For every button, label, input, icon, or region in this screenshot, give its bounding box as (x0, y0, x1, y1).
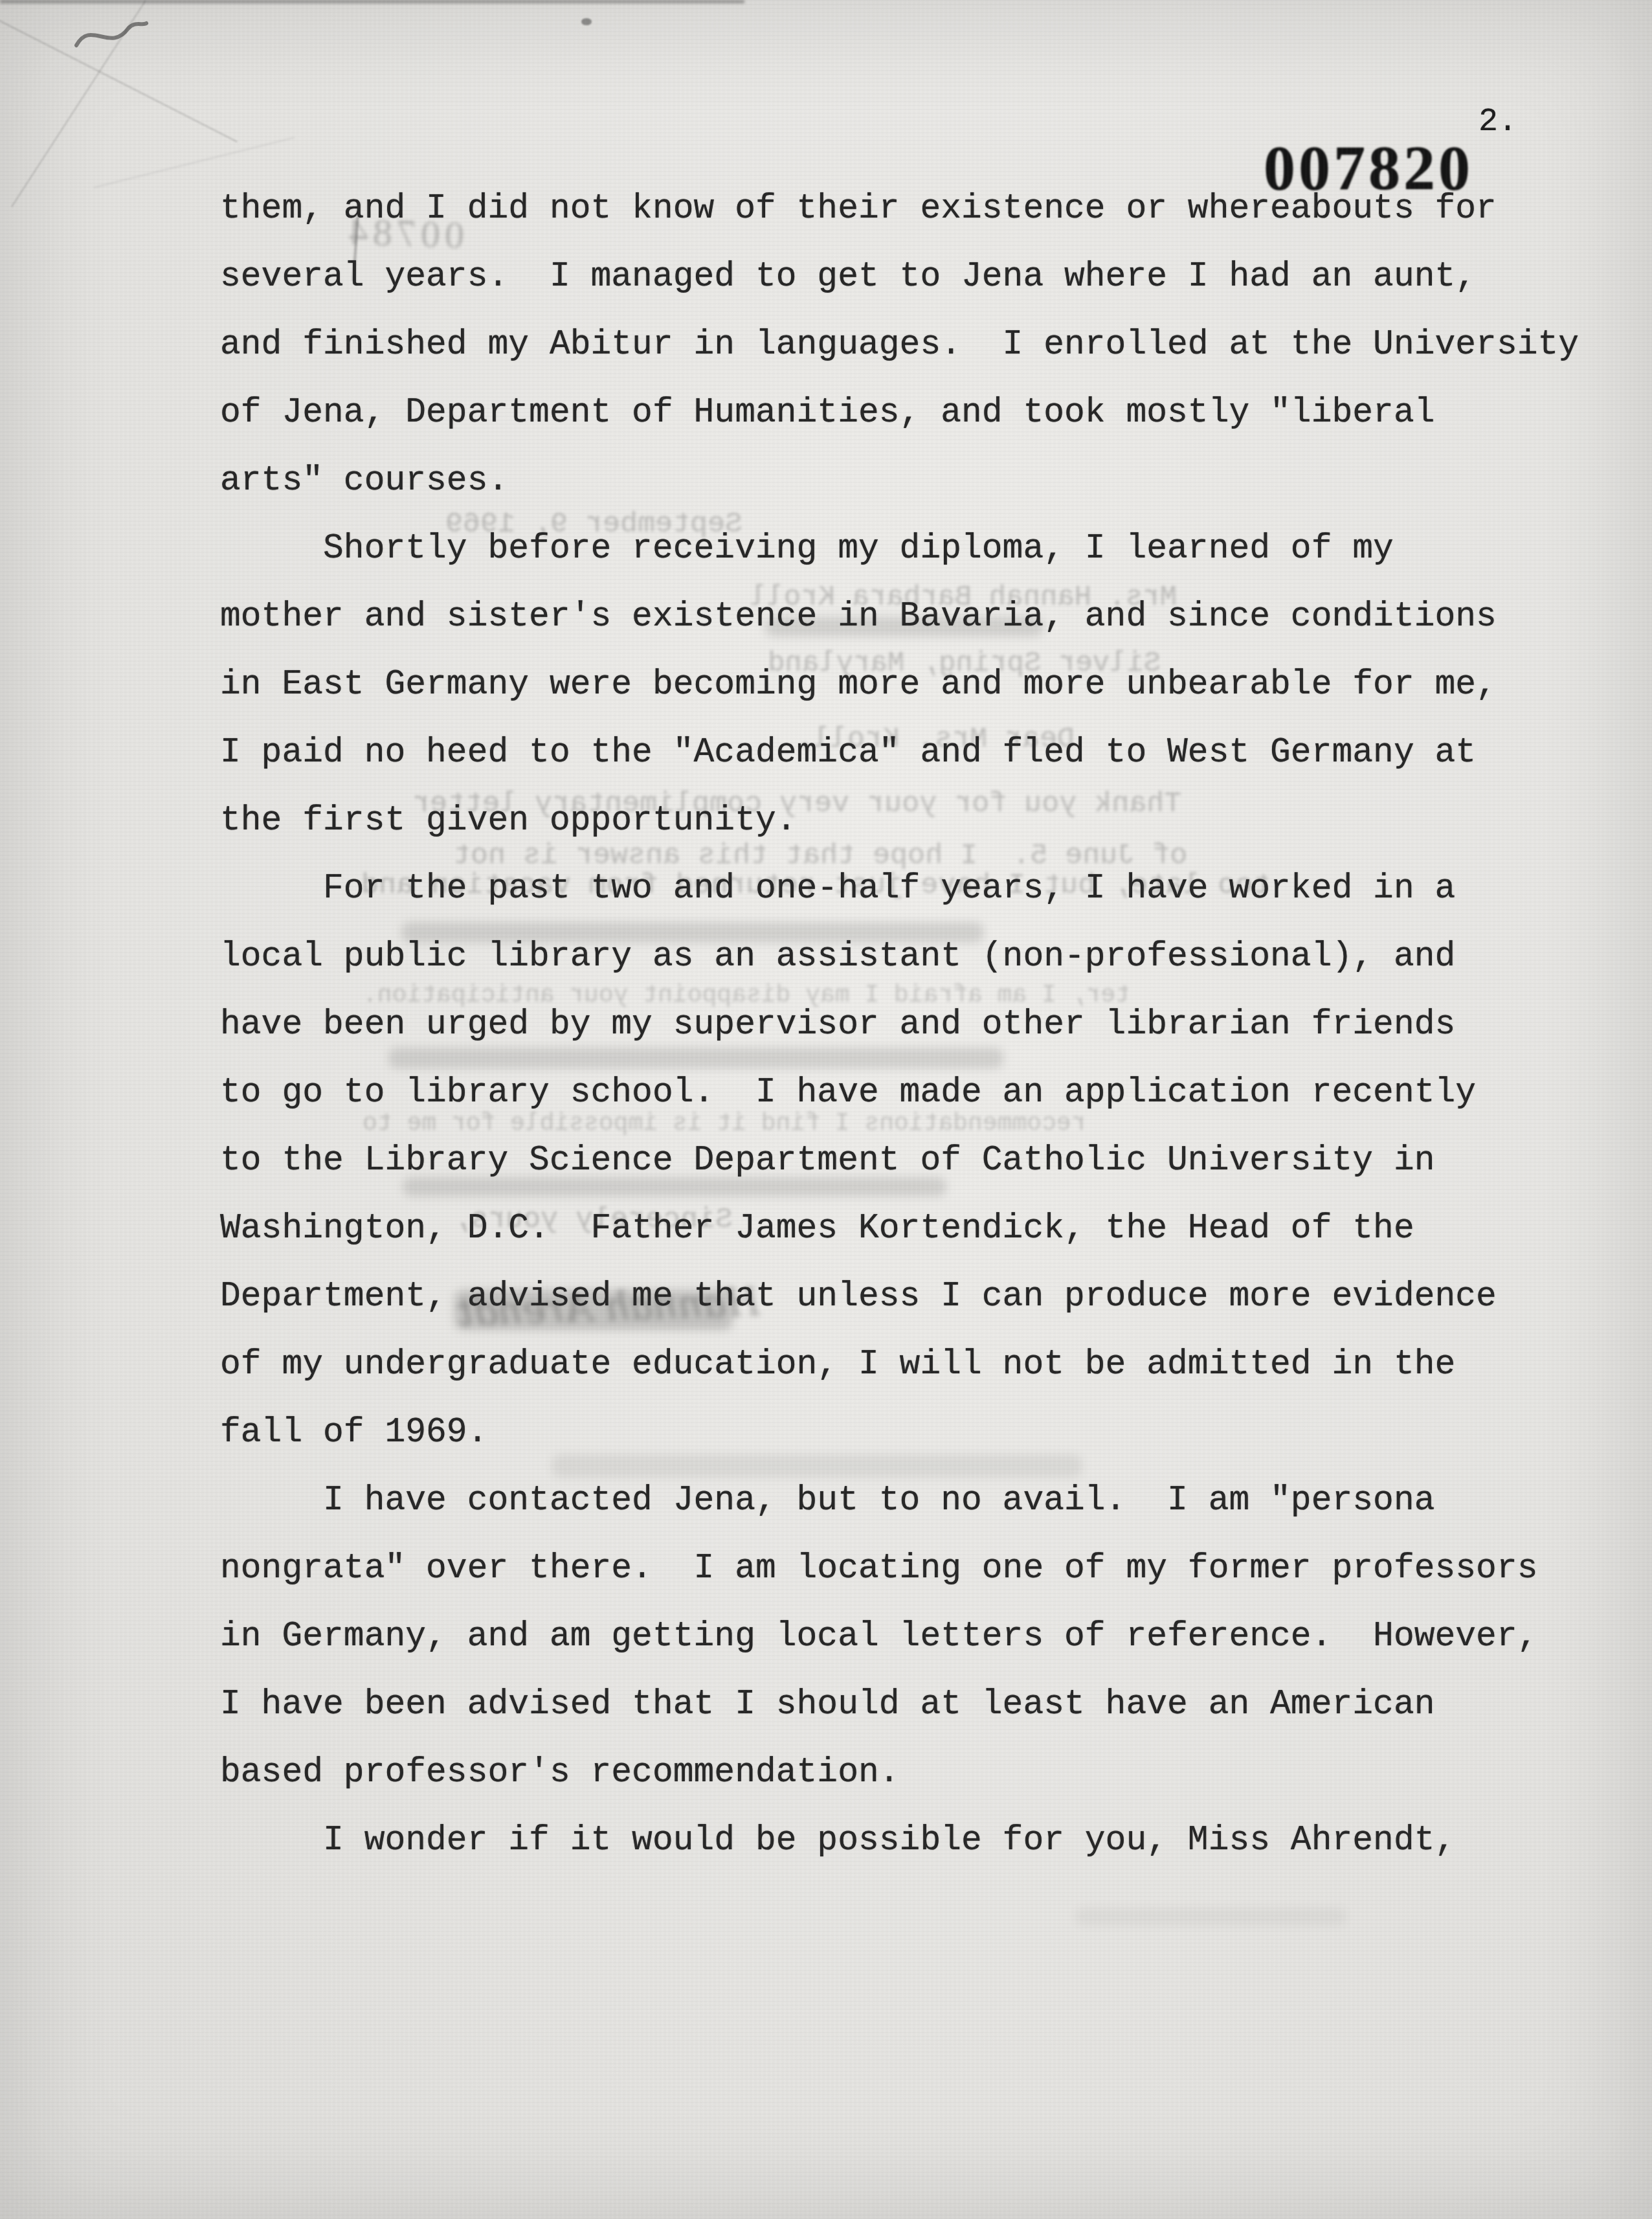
letter-line: arts" courses. (220, 447, 1605, 515)
letter-line: the first given opportunity. (220, 787, 1605, 855)
letter-line: fall of 1969. (220, 1399, 1605, 1467)
letter-line: to the Library Science Department of Cat… (220, 1127, 1605, 1195)
ink-speck (581, 18, 592, 25)
letter-line: of Jena, Department of Humanities, and t… (220, 379, 1605, 447)
letter-line: mother and sister's existence in Bavaria… (220, 583, 1605, 651)
letter-line: have been urged by my supervisor and oth… (220, 991, 1605, 1059)
letter-line: I have been advised that I should at lea… (220, 1671, 1605, 1739)
letter-line: I have contacted Jena, but to no avail. … (220, 1467, 1605, 1535)
letter-line: I wonder if it would be possible for you… (220, 1807, 1605, 1875)
letter-line: based professor's recommendation. (220, 1739, 1605, 1807)
letter-line: in Germany, and am getting local letters… (220, 1603, 1605, 1671)
letter-line: in East Germany were becoming more and m… (220, 651, 1605, 719)
letter-line: Washington, D.C. Father James Kortendick… (220, 1195, 1605, 1263)
letter-line: Department, advised me that unless I can… (220, 1263, 1605, 1331)
letter-line: to go to library school. I have made an … (220, 1059, 1605, 1127)
scan-edge-shadow (0, 0, 744, 3)
ink-mark (73, 17, 150, 57)
letter-line: For the past two and one-half years, I h… (220, 855, 1605, 923)
letter-line: and finished my Abitur in languages. I e… (220, 311, 1605, 379)
letter-line: several years. I managed to get to Jena … (220, 243, 1605, 311)
ghost-smudge (1075, 1908, 1346, 1926)
scanned-letter-page: 00784 September 9, 1969 Mrs. Hannah Barb… (0, 0, 1652, 2219)
letter-line: I paid no heed to the "Academica" and fl… (220, 719, 1605, 787)
letter-body: them, and I did not know of their existe… (220, 175, 1605, 1875)
letter-line: Shortly before receiving my diploma, I l… (220, 515, 1605, 583)
letter-line: of my undergraduate education, I will no… (220, 1331, 1605, 1399)
letter-line: nongrata" over there. I am locating one … (220, 1535, 1605, 1603)
page-number: 2. (1479, 104, 1517, 141)
letter-line: local public library as an assistant (no… (220, 923, 1605, 991)
letter-line: them, and I did not know of their existe… (220, 175, 1605, 243)
